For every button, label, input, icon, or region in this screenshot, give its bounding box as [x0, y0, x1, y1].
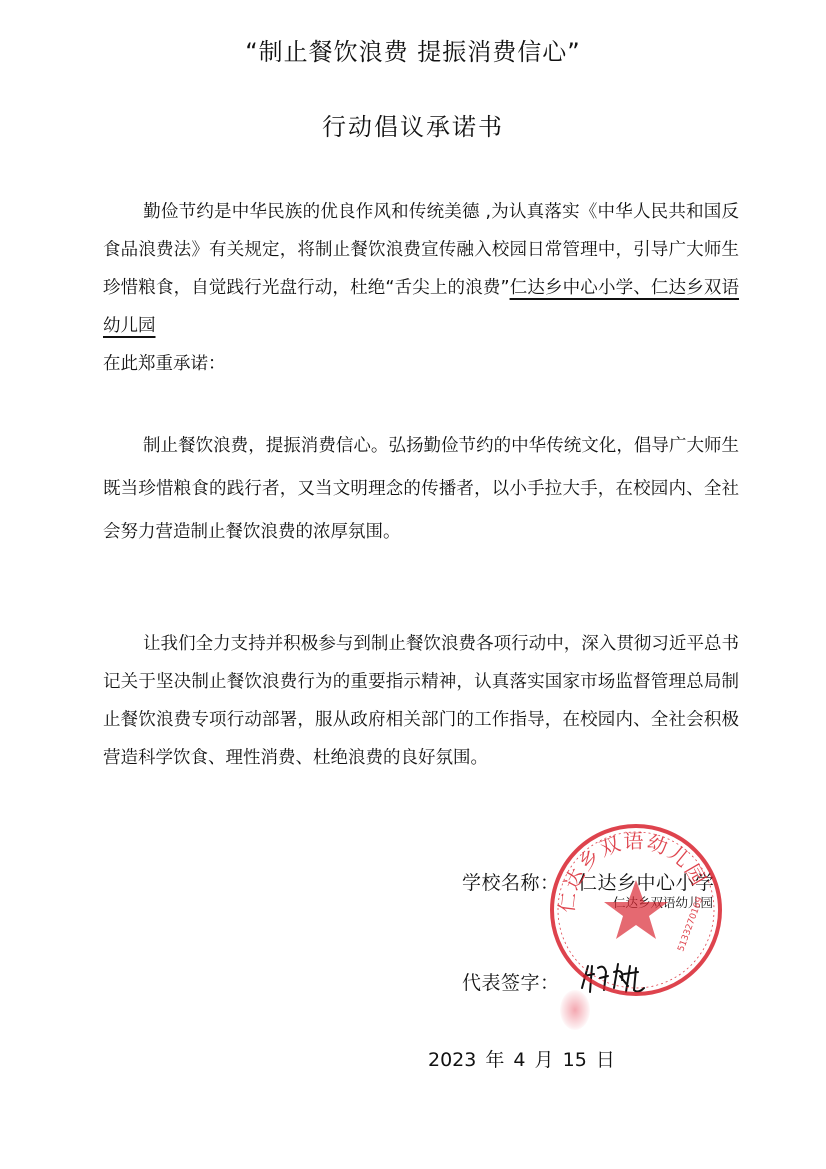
action-text: 让我们全力支持并积极参与到制止餐饮浪费各项行动中，深入贯彻习近平总书记关于坚决制…	[103, 634, 739, 768]
paragraph-intro: 勤俭节约是中华民族的优良作风和传统美德 ,为认真落实《中华人民共和国反食品浪费法…	[103, 193, 739, 383]
document-subtitle: 行动倡议承诺书	[0, 107, 826, 142]
school-name-label: 学校名称：	[462, 868, 560, 895]
school-name-secondary: 仁达乡双语幼儿园	[613, 893, 713, 911]
commitment-text: 制止餐饮浪费，提振消费信心。弘扬勤俭节约的中华传统文化，倡导广大师生既当珍惜粮食…	[103, 436, 739, 542]
paragraph-action: 让我们全力支持并积极参与到制止餐饮浪费各项行动中，深入贯彻习近平总书记关于坚决制…	[103, 625, 739, 777]
school-name-value: 仁达乡中心小学	[578, 868, 715, 895]
intro-commitment: 在此郑重承诺：	[103, 354, 226, 374]
document-date: 2023 年 4 月 15 日	[428, 1045, 615, 1072]
handwritten-signature	[578, 958, 658, 998]
representative-signature-label: 代表签字：	[462, 968, 560, 995]
document-title: “制止餐饮浪费 提振消费信心”	[0, 32, 826, 67]
paragraph-commitment: 制止餐饮浪费，提振消费信心。弘扬勤俭节约的中华传统文化，倡导广大师生既当珍惜粮食…	[103, 425, 739, 554]
seal-ink-smudge	[560, 990, 590, 1030]
